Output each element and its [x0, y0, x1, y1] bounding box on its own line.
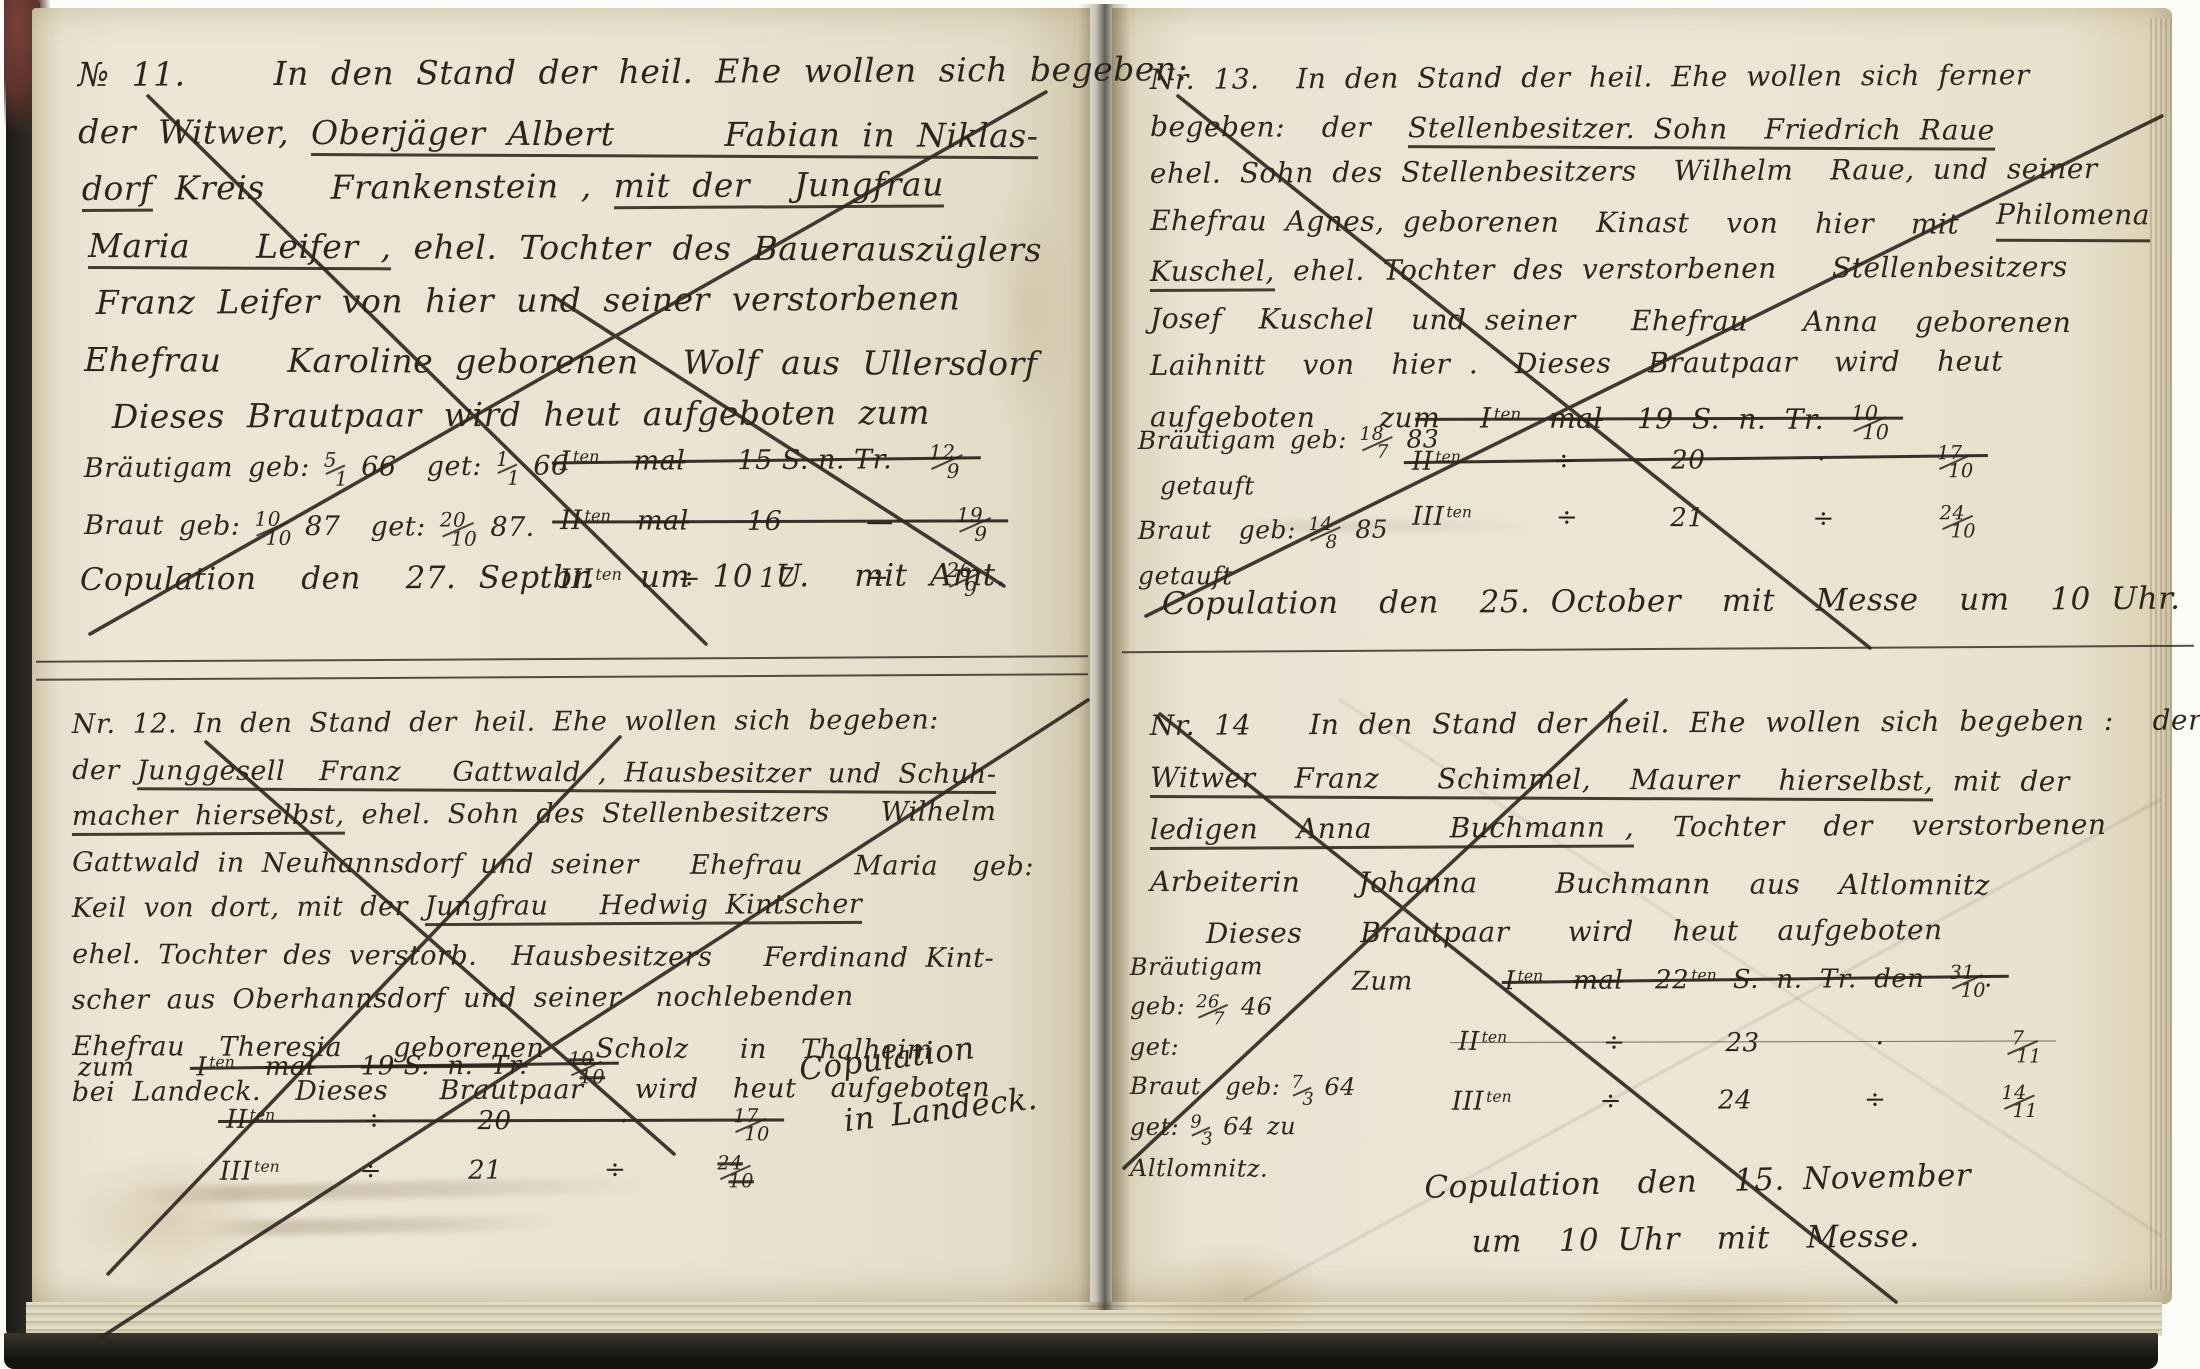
handwriting-line: IIten÷23·711: [1458, 1010, 2040, 1072]
handwriting-line: Laihnitt von hier . Dieses Brautpaar wir…: [1150, 338, 2003, 389]
handwriting-text: Oberjäger Albert Fabian in Niklas-: [311, 113, 1038, 159]
date-fraction: 148: [1309, 516, 1342, 551]
handwriting-line: IIIten÷24÷1411: [1452, 1067, 2036, 1130]
entry-nr-14-banns-dates: ZumItenmal22tenS. n. Tr. den3110.IIten÷2…: [1352, 950, 2040, 1129]
handwriting-line: ZumItenmal22tenS. n. Tr. den3110.: [1352, 947, 1993, 1010]
handwriting-text: Josef Kuschel und seiner Ehefrau Anna ge…: [1150, 302, 2071, 339]
handwriting-text: Braut geb:: [1138, 515, 1310, 545]
handwriting-text: ÷: [360, 1156, 382, 1186]
handwriting-line: Itenmal15 S. n. Tr.129: [560, 428, 965, 489]
date-fraction: 11: [497, 450, 518, 488]
handwriting-text: Tochter der verstorbenen: [1634, 808, 2107, 843]
handwriting-line: IIIten÷21÷2410: [1412, 487, 1974, 544]
handwriting-line: IIten÷20·1710: [226, 1092, 768, 1146]
handwriting-text: Keil von dort, mit der: [72, 891, 425, 924]
handwriting-text: 46: [1229, 992, 1273, 1020]
handwriting-line: Copulation den 27. Septbr. um 10 U. mit …: [80, 557, 1006, 598]
handwriting-line: Nr. 14 In den Stand der heil. Ehe wollen…: [1150, 694, 2200, 752]
date-fraction: 1710: [1938, 444, 1972, 481]
handwriting-text: get:: [1130, 1033, 1179, 1061]
date-fraction: 199: [958, 506, 993, 544]
handwriting-text: Copulation den 27. Septbr. um 10 U. mit …: [80, 557, 1006, 598]
handwriting-text: III: [1412, 502, 1444, 532]
handwriting-line: um 10 Uhr mit Messe.: [1471, 1209, 1920, 1270]
handwriting-text: № 11. In den Stand der heil. Ehe wollen …: [78, 49, 1189, 94]
handwriting-text: 23: [1725, 1028, 1759, 1058]
handwriting-text: Maria Leifer ,: [88, 226, 392, 270]
handwriting-line: geb: 267 46: [1130, 987, 1273, 1028]
date-fraction: 267: [1197, 994, 1229, 1028]
date-fraction: 711: [2006, 1029, 2040, 1066]
handwriting-line: Bräutigam: [1130, 947, 1263, 987]
handwriting-text: macher hierselbst,: [72, 800, 345, 836]
handwriting-text: Ehefrau Karoline geborenen Wolf aus Ulle…: [84, 340, 1038, 383]
handwriting-line: Kuschel, ehel. Tochter des verstorbenen …: [1150, 243, 2068, 295]
handwriting-text: Braut geb:: [1130, 1072, 1293, 1101]
entry-nr-11-text: № 11. In den Stand der heil. Ehe wollen …: [78, 46, 1188, 445]
handwriting-line: № 11. In den Stand der heil. Ehe wollen …: [78, 40, 1189, 103]
handwriting-text: ehel. Tochter des verstorbenen Stellenbe…: [1275, 250, 2068, 287]
handwriting-text: Arbeiterin Johanna Buchmann aus Altlomni…: [1150, 865, 1990, 902]
handwriting-text: mit der: [1933, 764, 2070, 798]
handwriting-text: ten: [1482, 1028, 1508, 1046]
handwriting-text: dorf: [82, 169, 153, 212]
handwriting-text: 87 get:: [290, 511, 441, 543]
handwriting-line: dorf Kreis Frankenstein , mit der Jungfr…: [82, 155, 944, 217]
handwriting-text: 85: [1342, 515, 1388, 544]
date-fraction: 129: [930, 443, 965, 481]
handwriting-line: Bräutigam geb: 51 66 get: 11 66: [84, 437, 569, 497]
handwriting-text: Bräutigam: [1130, 952, 1263, 981]
handwriting-text: Altlomnitz.: [1130, 1154, 1268, 1183]
page-stack-edge: [2150, 18, 2172, 1290]
date-fraction: 2010: [441, 511, 476, 549]
date-fraction: 187: [1360, 426, 1393, 461]
handwriting-line: ehel. Sohn des Stellenbesitzers Wilhelm …: [1150, 145, 2098, 197]
strike-through-line: [1415, 416, 1903, 420]
handwriting-text: Ehefrau Agnes, geborenen Kinast von hier…: [1150, 204, 1996, 241]
handwriting-text: ÷: [1556, 502, 1578, 532]
handwriting-text: Jungfrau Hedwig Kintscher: [425, 889, 862, 926]
handwriting-text: ledigen Anna Buchmann ,: [1150, 810, 1634, 850]
handwriting-text: ten: [1486, 1087, 1512, 1105]
entry-nr-12-banns-dates: zumItenmal19 S. n. Tr.1010IIten÷20·1710I…: [78, 1040, 768, 1195]
handwriting-line: Copulation den 25. October mit Messe um …: [1162, 581, 2181, 622]
entry-nr-14-text: Nr. 14 In den Stand der heil. Ehe wollen…: [1150, 700, 2200, 960]
handwriting-line: Copulation den 15. November: [1424, 1148, 1972, 1215]
handwriting-text: geb:: [1130, 992, 1197, 1020]
handwriting-line: getauft: [1160, 463, 1255, 508]
handwriting-line: IItenmal16—199: [560, 489, 992, 550]
handwriting-text: Franz Leifer von hier und seiner verstor…: [96, 278, 961, 322]
handwriting-text: Nr. 12. In den Stand der heil. Ehe wolle…: [72, 704, 939, 740]
handwriting-text: 24: [1718, 1085, 1752, 1115]
handwriting-text: ten: [1446, 503, 1472, 521]
handwriting-text: ten: [254, 1157, 280, 1175]
handwriting-text: scher aus Oberhannsdorf und seiner nochl…: [72, 981, 854, 1016]
date-fraction: 2410: [1941, 504, 1975, 541]
date-fraction: 1010: [255, 510, 290, 548]
handwriting-text: ehel. Sohn des Stellenbesitzers Wilhelm: [344, 796, 996, 830]
handwriting-line: zumItenmal19 S. n. Tr.1010: [78, 1037, 603, 1092]
handwriting-text: Bräutigam geb:: [84, 452, 325, 484]
handwriting-text: ehel. Sohn des Stellenbesitzers Wilhelm …: [1150, 152, 2098, 190]
date-fraction: 2410: [718, 1153, 752, 1190]
handwriting-line: IIten÷20·1710: [1412, 429, 1972, 487]
handwriting-line: ledigen Anna Buchmann , Tochter der vers…: [1150, 799, 2107, 856]
handwriting-line: Braut geb: 148 85: [1138, 507, 1388, 553]
handwriting-line: get: 93 64 zu: [1130, 1107, 1296, 1149]
handwriting-text: 64: [1312, 1073, 1356, 1101]
handwriting-text: III: [220, 1156, 252, 1186]
handwriting-line: ehel. Tochter des verstorb. Hausbesitzer…: [72, 932, 994, 982]
entry-nr-11-copulation-note: Copulation den 27. Septbr. um 10 U. mit …: [80, 562, 1006, 598]
date-fraction: 1411: [2002, 1083, 2036, 1120]
handwriting-text: ÷: [1600, 1086, 1622, 1116]
handwriting-text: 21: [1670, 503, 1704, 533]
handwriting-text: 64 zu: [1211, 1112, 1296, 1140]
handwriting-text: Dieses Brautpaar wird heut aufgeboten: [1206, 913, 1943, 950]
handwriting-text: get:: [1130, 1112, 1192, 1140]
handwriting-text: um 10 Uhr mit Messe.: [1471, 1218, 1920, 1260]
handwriting-line: Nr. 13. In den Stand der heil. Ehe wolle…: [1150, 51, 2030, 103]
handwriting-line: Franz Leifer von hier und seiner verstor…: [96, 269, 961, 331]
entry-nr-14-copulation-note: Copulation den 15. Novemberum 10 Uhr mit…: [1424, 1151, 1973, 1271]
handwriting-text: Copulation den 25. October mit Messe um …: [1162, 581, 2181, 622]
handwriting-text: Junggesell Franz Gattwald , Hausbesitzer…: [137, 755, 997, 794]
handwriting-text: ehel. Tochter des Bauerauszüglers: [391, 227, 1042, 269]
handwriting-text: Stellenbesitzer. Sohn Friedrich Raue: [1408, 111, 1995, 151]
handwriting-line: Braut geb: 1010 87 get: 2010 87.: [84, 497, 535, 556]
handwriting-line: scher aus Oberhannsdorf und seiner nochl…: [72, 974, 854, 1024]
handwriting-text: Braut geb:: [84, 510, 256, 542]
handwriting-text: ·: [1817, 445, 1826, 475]
entry-nr-13-banns-dates: IIten÷20·1710IIIten÷21÷2410: [1412, 432, 1974, 542]
entry-nr-13-copulation-note: Copulation den 25. October mit Messe um …: [1162, 586, 2181, 622]
handwriting-text: mit der Jungfrau: [614, 164, 945, 209]
handwriting-text: Zum: [1352, 966, 1413, 996]
handwriting-text: zum: [78, 1053, 135, 1083]
date-fraction: 1710: [734, 1107, 768, 1144]
handwriting-text: ehel. Tochter des verstorb. Hausbesitzer…: [72, 939, 994, 974]
handwriting-line: IIIten÷21÷2410: [220, 1141, 752, 1196]
handwriting-text: Copulation den 15. November: [1424, 1157, 1972, 1205]
entry-nr-14-birth-baptism-notes: Bräutigamgeb: 267 46get:Braut geb: 73 64…: [1130, 948, 1356, 1188]
date-fraction: 51: [325, 451, 346, 489]
handwriting-line: Bräutigam geb: 187 83: [1138, 416, 1440, 463]
handwriting-text: III: [1452, 1086, 1484, 1116]
handwriting-text: Witwer Franz Schimmel, Maurer hierselbst…: [1150, 761, 1933, 801]
paper-stain: [1560, 1284, 1860, 1344]
handwriting-text: Bräutigam geb:: [1138, 425, 1361, 455]
handwriting-text: Kreis Frankenstein ,: [153, 166, 614, 207]
handwriting-text: begeben: der: [1150, 110, 1408, 144]
register-scan: № 11. In den Stand der heil. Ehe wollen …: [0, 0, 2200, 1369]
handwriting-text: 21: [468, 1155, 502, 1185]
handwriting-text: Nr. 14 In den Stand der heil. Ehe wollen…: [1150, 703, 2200, 742]
handwriting-text: ÷: [1864, 1084, 1886, 1114]
handwriting-text: ÷: [1812, 503, 1834, 533]
handwriting-text: Laihnitt von hier . Dieses Brautpaar wir…: [1150, 345, 2003, 382]
handwriting-text: 87.: [475, 512, 535, 543]
handwriting-line: Altlomnitz.: [1130, 1149, 1268, 1189]
handwriting-text: 66 get:: [346, 451, 497, 483]
book-cover-bottom: [4, 1333, 2158, 1369]
handwriting-text: ÷: [604, 1154, 626, 1184]
handwriting-text: getauft: [1160, 471, 1255, 500]
handwriting-text: Kuschel,: [1150, 254, 1275, 292]
date-fraction: 73: [1292, 1075, 1312, 1109]
entry-nr-13-text: Nr. 13. In den Stand der heil. Ehe wolle…: [1150, 56, 2150, 440]
handwriting-text: der: [72, 755, 137, 786]
strike-through-line: [218, 1118, 784, 1122]
handwriting-line: macher hierselbst, ehel. Sohn des Stelle…: [72, 789, 997, 840]
handwriting-line: Arbeiterin Johanna Buchmann aus Altlomni…: [1150, 856, 1990, 912]
handwriting-line: Nr. 12. In den Stand der heil. Ehe wolle…: [72, 697, 939, 748]
handwriting-line: Braut geb: 73 64: [1130, 1067, 1356, 1109]
strike-through-line: [552, 519, 1008, 523]
date-fraction: 93: [1191, 1114, 1211, 1148]
entry-nr-13-birth-baptism-notes: Bräutigam geb: 187 83getauftBraut geb: 1…: [1138, 418, 1439, 598]
date-fraction: 3110: [1950, 963, 1984, 1000]
handwriting-text: der Witwer,: [78, 112, 311, 152]
handwriting-text: Philomena: [1996, 191, 2150, 243]
entry-nr-11-birth-baptism-notes: Bräutigam geb: 51 66 get: 11 66Braut geb…: [84, 440, 569, 554]
date-fraction: 1010: [569, 1050, 603, 1087]
handwriting-line: get:: [1130, 1028, 1180, 1067]
handwriting-text: Gattwald in Neuhannsdorf und seiner Ehef…: [72, 847, 1034, 882]
handwriting-text: Nr. 13. In den Stand der heil. Ehe wolle…: [1150, 58, 2030, 96]
handwriting-text: ·: [1876, 1028, 1885, 1058]
paper-stain: [1140, 1240, 1330, 1340]
handwriting-line: Keil von dort, mit der Jungfrau Hedwig K…: [72, 882, 863, 932]
